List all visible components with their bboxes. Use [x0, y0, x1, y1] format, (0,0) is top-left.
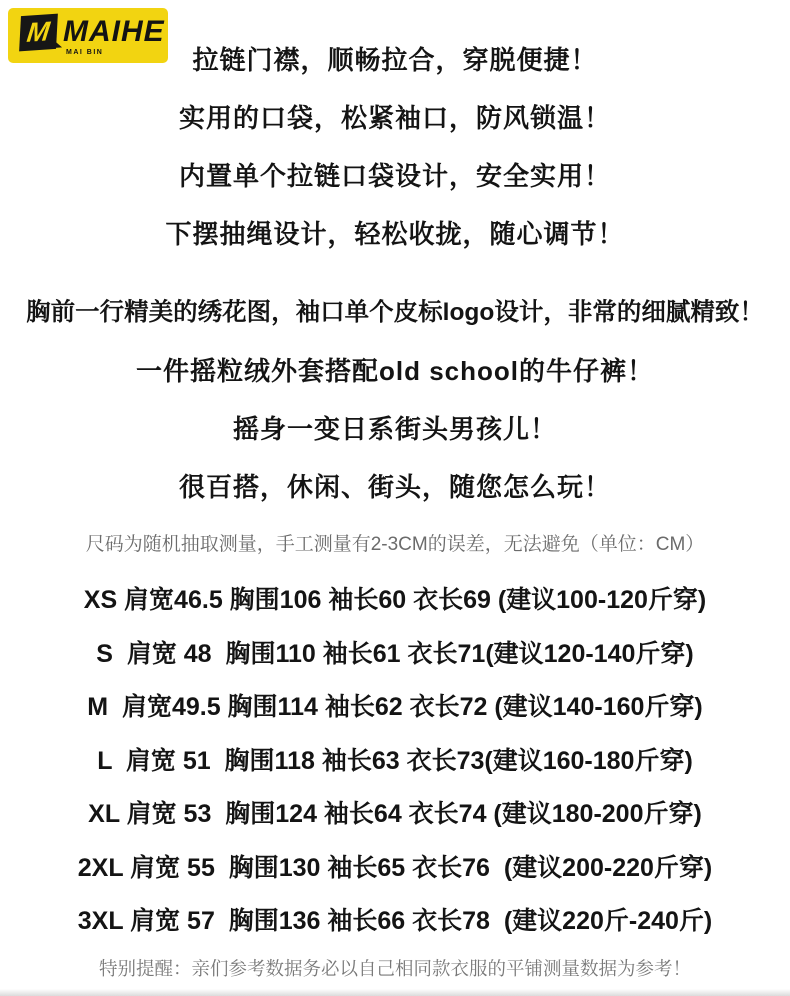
- brand-subtext: MAI BIN: [66, 49, 103, 56]
- measurement-note: 尺码为随机抽取测量，手工测量有2-3CM的误差，无法避免（单位：CM）: [0, 516, 790, 574]
- size-row-3xl: 3XL 肩宽 57 胸围136 袖长66 衣长78 (建议220斤-240斤): [0, 895, 790, 949]
- size-row-xl: XL 肩宽 53 胸围124 袖长64 衣长74 (建议180-200斤穿): [0, 788, 790, 842]
- brand-m-emblem-icon: M: [19, 14, 58, 52]
- feature-line-pockets-cuffs: 实用的口袋，松紧袖口，防风锁温！: [0, 89, 790, 147]
- size-row-s: S 肩宽 48 胸围110 袖长61 衣长71(建议120-140斤穿): [0, 628, 790, 682]
- brand-emblem-letter: M: [26, 18, 52, 47]
- feature-line-hem-drawstring: 下摆抽绳设计，轻松收拢，随心调节！: [0, 205, 790, 263]
- brand-logo: M MAIHE MAI BIN: [8, 8, 168, 63]
- next-section-edge: [0, 989, 790, 996]
- brand-name: MAIHE: [63, 17, 165, 47]
- size-row-l: L 肩宽 51 胸围118 袖长63 衣长73(建议160-180斤穿): [0, 735, 790, 789]
- size-chart: XS 肩宽46.5 胸围106 袖长60 衣长69 (建议100-120斤穿) …: [0, 574, 790, 949]
- feature-line-street-boy: 摇身一变日系街头男孩儿！: [0, 400, 790, 458]
- feature-line-inner-pocket: 内置单个拉链口袋设计，安全实用！: [0, 147, 790, 205]
- feature-line-versatile: 很百搭，休闲、街头，随您怎么玩！: [0, 458, 790, 516]
- size-row-m: M 肩宽49.5 胸围114 袖长62 衣长72 (建议140-160斤穿): [0, 681, 790, 735]
- feature-line-fleece-jeans: 一件摇粒绒外套搭配old school的牛仔裤！: [0, 342, 790, 400]
- feature-line-embroidery: 胸前一行精美的绣花图，袖口单个皮标logo设计，非常的细腻精致！: [0, 284, 790, 342]
- special-reminder: 特别提醒：亲们参考数据务必以自己相同款衣服的平铺测量数据为参考！: [0, 949, 790, 989]
- size-row-xs: XS 肩宽46.5 胸围106 袖长60 衣长69 (建议100-120斤穿): [0, 574, 790, 628]
- product-detail-page: M MAIHE MAI BIN 拉链门襟，顺畅拉合，穿脱便捷！ 实用的口袋，松紧…: [0, 0, 790, 996]
- size-row-2xl: 2XL 肩宽 55 胸围130 袖长65 衣长76 (建议200-220斤穿): [0, 842, 790, 896]
- feature-list: 拉链门襟，顺畅拉合，穿脱便捷！ 实用的口袋，松紧袖口，防风锁温！ 内置单个拉链口…: [0, 0, 790, 516]
